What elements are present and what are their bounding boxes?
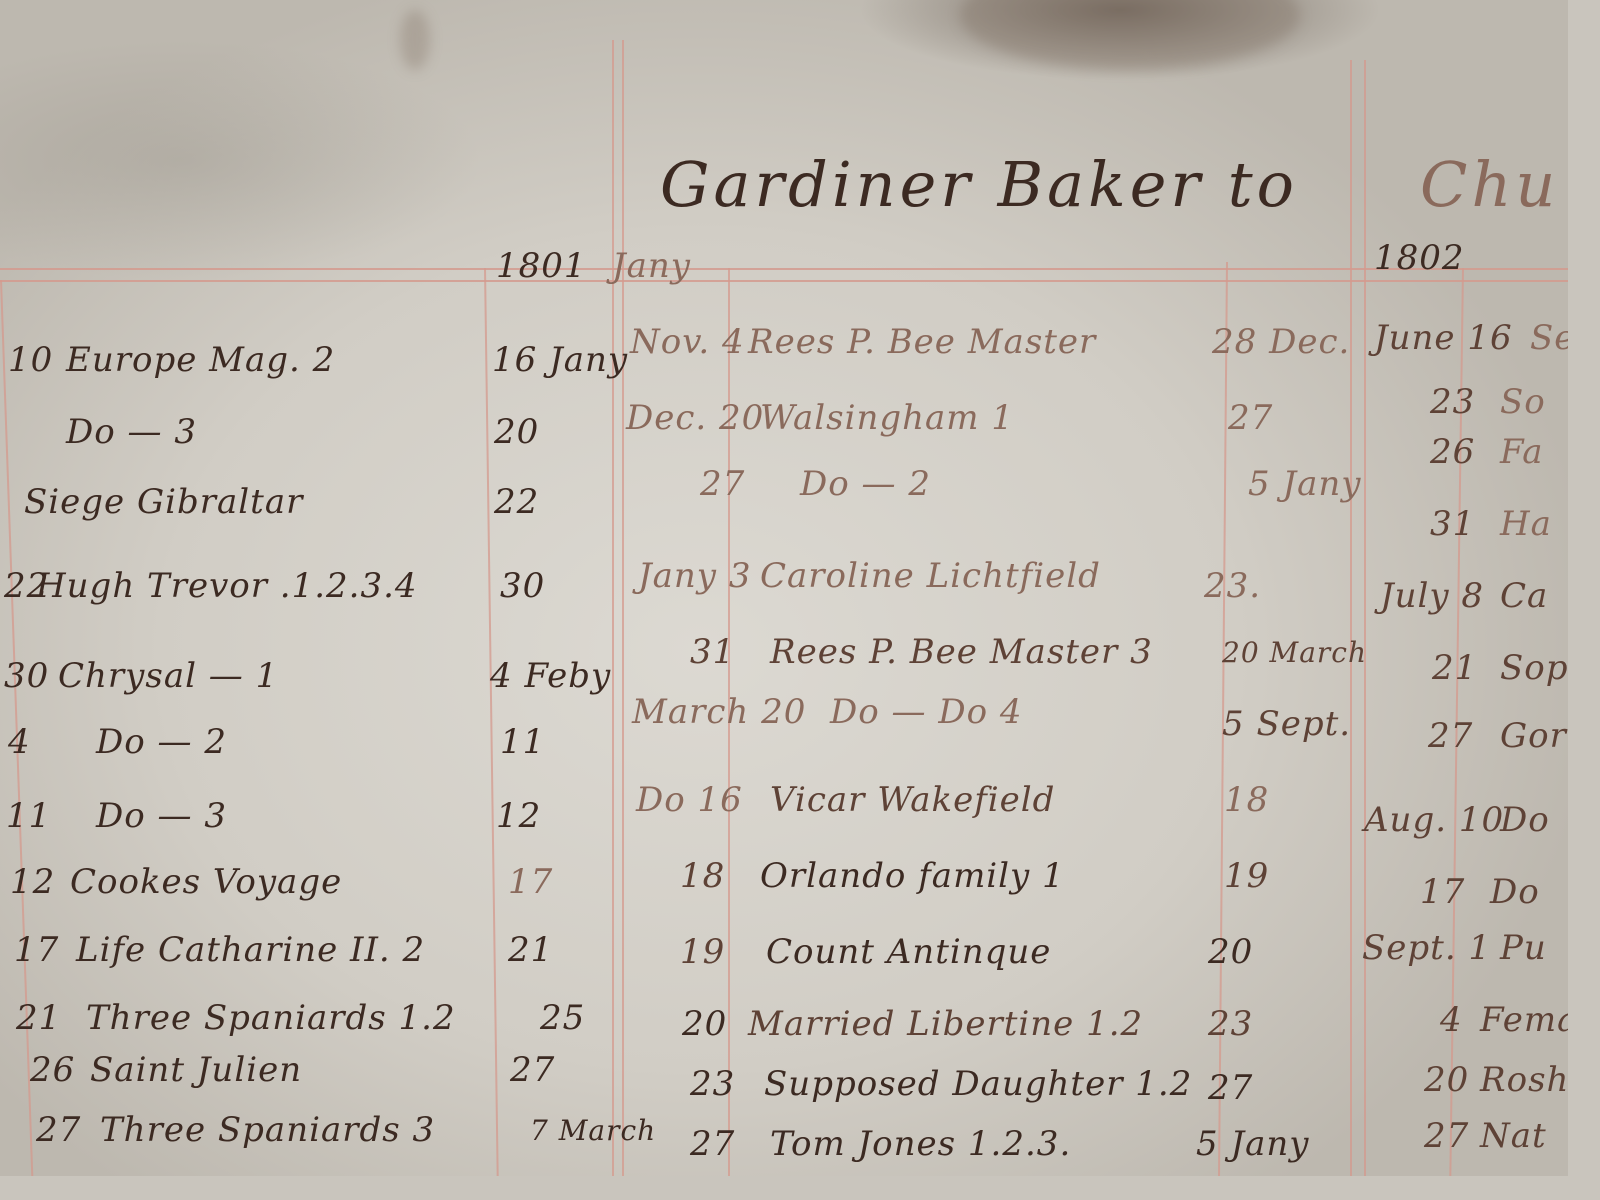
return-date: 27 [1228,398,1273,438]
loan-date: 23 [690,1064,735,1104]
return-date: 23 [1208,1004,1253,1044]
loan-date: 20 [1424,1060,1469,1100]
date-column-rule-1 [484,268,499,1176]
ink-blot [400,10,430,70]
book-title: Do — 3 [96,796,227,836]
book-title: Tom Jones 1.2.3. [770,1124,1071,1164]
loan-date: Do 16 [636,780,743,820]
loan-date: 25 [540,998,585,1038]
page-divider-rule-c [1350,60,1352,1176]
month-header-left: Jany [612,246,691,286]
loan-date: 17 [1420,872,1465,912]
loan-date: 4 [1440,1000,1463,1040]
loan-date: 7 March [530,1114,656,1147]
book-title: Vicar Wakefield [770,780,1055,820]
header-rule-top [0,268,1568,270]
ledger-page: Gardiner Baker to Chu 1801 Jany 1802 10 … [0,0,1568,1176]
loan-date: 31 [1430,504,1475,544]
margin-number: 26 [30,1050,75,1090]
book-title: Saint Julien [90,1050,302,1090]
return-date: 20 [1208,932,1253,972]
margin-number: 12 [10,862,55,902]
book-title: Do — 3 [66,412,197,452]
loan-date: 18 [680,856,725,896]
book-title: Ha [1500,504,1552,544]
book-title: Do [1500,800,1550,840]
loan-date: 26 [1430,432,1475,472]
margin-number: 27 [36,1110,81,1150]
loan-date: Aug. 10 [1364,800,1504,840]
loan-date: 27 [1424,1116,1469,1156]
book-title: Gor [1500,716,1567,756]
return-date: 27 [1208,1068,1253,1108]
book-title: Count Antinque [766,932,1051,972]
book-title: Soph [1500,648,1568,688]
return-date: 20 March [1222,636,1367,669]
book-title: Fema [1480,1000,1568,1040]
loan-date: July 8 [1380,576,1484,616]
book-title: Rees P. Bee Master [748,322,1096,362]
book-title: Fa [1500,432,1544,472]
loan-date: 21 [508,930,553,970]
loan-date: 27 [690,1124,735,1164]
book-title: Hugh Trevor .1.2.3.4 [36,566,418,606]
ledger-title-continuation: Chu [1420,148,1559,221]
year-header-right: 1802 [1374,238,1465,278]
loan-date: 11 [500,722,545,762]
book-title: Siege Gibraltar [24,482,303,522]
book-title: Pu [1500,928,1547,968]
margin-number: 30 [4,656,49,696]
book-title: Do — 2 [96,722,227,762]
margin-number: 21 [16,998,61,1038]
loan-date: June 16 [1374,318,1513,358]
book-title: Orlando family 1 [760,856,1065,896]
book-title: Se [1530,318,1568,358]
book-title: Europe Mag. 2 [66,340,335,380]
loan-date: Dec. 20 [626,398,764,438]
book-title: Three Spaniards 1.2 [86,998,456,1038]
return-date: 5 Jany [1248,464,1361,504]
ledger-title: Gardiner Baker to [660,148,1298,221]
page-divider-rule-d [1364,60,1366,1176]
loan-date: 31 [690,632,735,672]
book-title: Caroline Lichtfield [760,556,1101,596]
book-title: Ca [1500,576,1548,616]
loan-date: 16 Jany [492,340,628,380]
loan-date: 12 [496,796,541,836]
book-title: Rees P. Bee Master 3 [770,632,1153,672]
book-title: Walsingham 1 [760,398,1014,438]
book-title: Supposed Daughter 1.2 [764,1064,1192,1104]
loan-date: 21 [1432,648,1477,688]
margin-number: 17 [14,930,59,970]
loan-date: 20 [682,1004,727,1044]
return-date: 28 Dec. [1212,322,1350,362]
book-title: Three Spaniards 3 [100,1110,435,1150]
loan-date: 30 [500,566,545,606]
book-title: So [1500,382,1546,422]
year-header-left: 1801 [496,246,587,286]
loan-date: 23 [1430,382,1475,422]
book-title: Chrysal — 1 [58,656,278,696]
page-divider-rule-b [622,40,624,1176]
loan-date: 17 [508,862,553,902]
loan-date: 27 [1428,716,1473,756]
return-date: 5 Jany [1196,1124,1309,1164]
book-title: Life Catharine II. 2 [76,930,425,970]
loan-date: Jany 3 [638,556,751,596]
return-date: 18 [1224,780,1269,820]
water-stain [960,0,1300,70]
return-date: 5 Sept. [1222,704,1351,744]
page-divider-rule-a [612,40,614,1176]
loan-date: Sept. 1 [1362,928,1491,968]
loan-date: 27 [510,1050,555,1090]
margin-number: 4 [8,722,31,762]
return-date: 23. [1204,566,1261,606]
loan-date: Nov. 4 [630,322,745,362]
loan-date: March 20 [632,692,806,732]
book-title: Do — 2 [800,464,931,504]
loan-date: 22 [494,482,539,522]
book-title: Rosh [1480,1060,1568,1100]
header-rule-bottom [0,280,1568,282]
loan-date: 27 [700,464,745,504]
loan-date: 20 [494,412,539,452]
loan-date: 19 [680,932,725,972]
book-title: Do [1490,872,1540,912]
loan-date: 4 Feby [490,656,611,696]
margin-number: 10 [8,340,53,380]
book-title: Cookes Voyage [70,862,342,902]
book-title: Nat [1480,1116,1547,1156]
margin-number: 11 [6,796,51,836]
book-title: Married Libertine 1.2 [748,1004,1143,1044]
return-date: 19 [1224,856,1269,896]
book-title: Do — Do 4 [830,692,1023,732]
